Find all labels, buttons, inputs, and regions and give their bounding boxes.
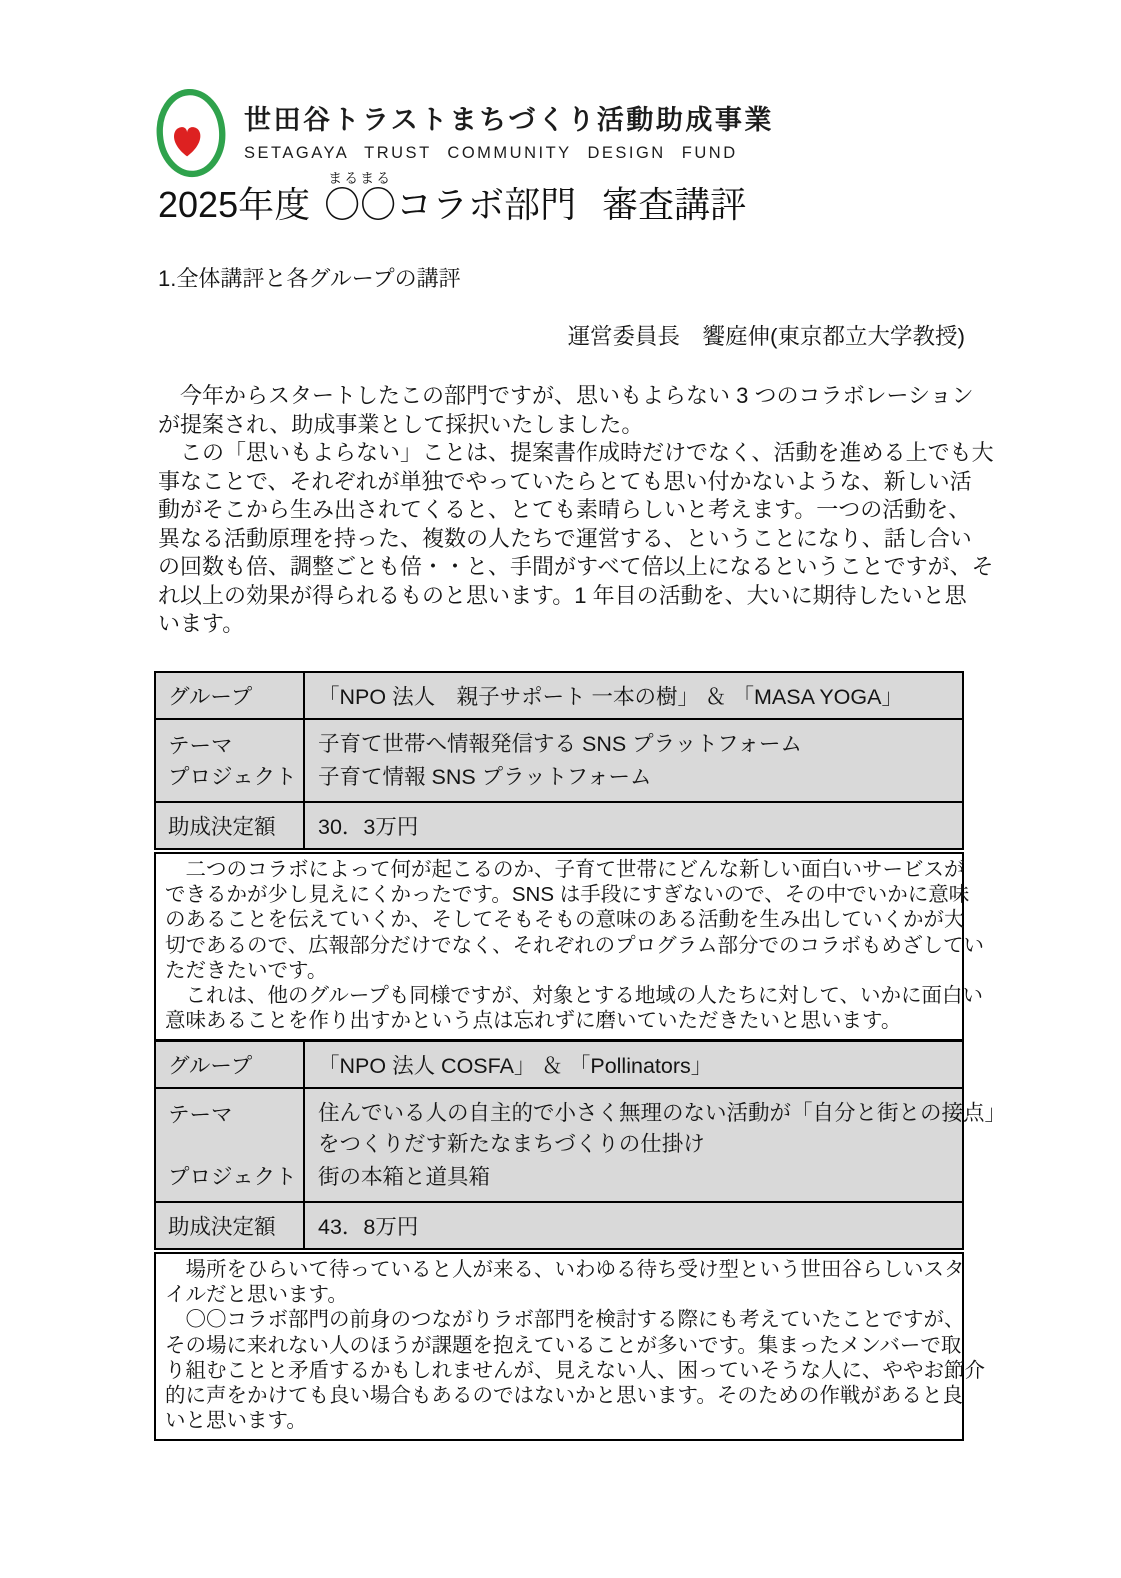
grant-amount-value: 30．3万円 (303, 803, 962, 848)
project-value: 街の本箱と道具箱 (318, 1160, 1006, 1191)
table-row-grant: 助成決定額 43．8万円 (156, 1201, 962, 1248)
group-2-section: グループ 「NPO 法人 COSFA」 ＆ 「Pollinators」 テーマ … (154, 1040, 964, 1441)
table-row-theme-project: テーマ プロジェクト 子育て世帯へ情報発信する SNS プラットフォーム 子育て… (156, 718, 962, 801)
row-label: テーマ (168, 1098, 297, 1129)
group-1-section: グループ 「NPO 法人 親子サポート 一本の樹」 ＆ 「MASA YOGA」 … (154, 671, 964, 1041)
text-line: をつくりだす新たなまちづくりの仕掛け (318, 1129, 1006, 1160)
row-label: 助成決定額 (156, 1203, 303, 1248)
brand-title-english: SETAGAYA TRUST COMMUNITY DESIGN FUND (244, 144, 774, 163)
project-value: 子育て情報 SNS プラットフォーム (318, 760, 954, 791)
row-value-stack: 子育て世帯へ情報発信する SNS プラットフォーム 子育て情報 SNS プラット… (303, 720, 962, 801)
title-suffix: 審査講評 (602, 184, 746, 225)
theme-value: 子育て世帯へ情報発信する SNS プラットフォーム (318, 729, 954, 760)
text-line: り組むことと矛盾するかもしれませんが、見えない人、困っていそうな人に、ややお節介 (165, 1358, 954, 1383)
theme-value: 住んでいる人の自主的で小さく無理のない活動が「自分と街との接点」 をつくりだす新… (318, 1098, 1006, 1160)
text-line: 事なことで、それぞれが単独でやっていたらとても思い付かないような、新しい活 (158, 468, 970, 497)
group-2-comment-box: 場所をひらいて待っていると人が来る、いわゆる待ち受け型という世田谷らしいスタ イ… (154, 1252, 964, 1441)
text-line: いと思います。 (165, 1408, 954, 1433)
group-1-table: グループ 「NPO 法人 親子サポート 一本の樹」 ＆ 「MASA YOGA」 … (154, 671, 964, 850)
row-label: テーマ (168, 729, 297, 760)
text-line: 異なる活動原理を持った、複数の人たちで運営する、ということになり、話し合い (158, 525, 970, 554)
row-label-stack: テーマ プロジェクト (156, 1089, 303, 1201)
text-line: イルだと思います。 (165, 1282, 954, 1307)
row-value-stack: 住んでいる人の自主的で小さく無理のない活動が「自分と街との接点」 をつくりだす新… (303, 1089, 1014, 1201)
text-line: 子育て世帯へ情報発信する SNS プラットフォーム (318, 729, 954, 760)
text-line: が提案され、助成事業として採択いたしました。 (158, 411, 970, 440)
text-line: 切であるので、広報部分だけでなく、それぞれのプログラム部分でのコラボもめざしてい (165, 933, 954, 958)
document-title: 2025年度〇〇まるまるコラボ部門審査講評 (158, 170, 746, 227)
byline-committee-chair: 運営委員長 饗庭伸(東京都立大学教授) (568, 319, 966, 351)
title-furigana: まるまる (324, 170, 396, 186)
row-label: グループ (156, 1042, 303, 1087)
row-label-stack: テーマ プロジェクト (156, 720, 303, 801)
brand-text: 世田谷トラストまちづくり活動助成事業 SETAGAYA TRUST COMMUN… (244, 86, 774, 163)
row-label: グループ (156, 673, 303, 718)
title-circles-ruby: 〇〇まるまる (324, 184, 396, 225)
text-line: 場所をひらいて待っていると人が来る、いわゆる待ち受け型という世田谷らしいスタ (165, 1257, 954, 1282)
text-line: この「思いもよらない」ことは、提案書作成時だけでなく、活動を進める上でも大 (158, 439, 970, 468)
text-line: その場に来れない人のほうが課題を抱えていることが多いです。集まったメンバーで取 (165, 1333, 954, 1358)
text-line: います。 (158, 610, 970, 639)
row-label: プロジェクト (168, 1160, 297, 1191)
title-year: 2025年度 (158, 184, 310, 225)
brand-header: 世田谷トラストまちづくり活動助成事業 SETAGAYA TRUST COMMUN… (152, 86, 774, 182)
overall-comment: 今年からスタートしたこの部門ですが、思いもよらない 3 つのコラボレーション が… (158, 382, 970, 639)
text-line: 意味あることを作り出すかという点は忘れずに磨いていただきたいと思います。 (165, 1008, 954, 1033)
text-line: できるかが少し見えにくかったです。SNS は手段にすぎないので、その中でいかに意… (165, 882, 954, 907)
section-heading: 1.全体講評と各グループの講評 (158, 262, 461, 293)
table-row-group: グループ 「NPO 法人 親子サポート 一本の樹」 ＆ 「MASA YOGA」 (156, 673, 962, 718)
grant-amount-value: 43．8万円 (303, 1203, 962, 1248)
text-line: の回数も倍、調整ごとも倍・・と、手間がすべて倍以上になるということですが、そ (158, 553, 970, 582)
table-row-theme-project: テーマ プロジェクト 住んでいる人の自主的で小さく無理のない活動が「自分と街との… (156, 1087, 962, 1201)
text-line: これは、他のグループも同様ですが、対象とする地域の人たちに対して、いかに面白い (165, 983, 954, 1008)
heart-in-circle-logo-icon (152, 86, 230, 182)
title-circles: 〇〇 (324, 184, 396, 225)
text-line: 的に声をかけても良い場合もあるのではないかと思います。そのための作戦があると良 (165, 1383, 954, 1408)
table-row-grant: 助成決定額 30．3万円 (156, 801, 962, 848)
title-middle: コラボ部門 (396, 184, 576, 225)
document-page: 世田谷トラストまちづくり活動助成事業 SETAGAYA TRUST COMMUN… (0, 0, 1121, 1578)
text-line: 住んでいる人の自主的で小さく無理のない活動が「自分と街との接点」 (318, 1098, 1006, 1129)
text-line: 今年からスタートしたこの部門ですが、思いもよらない 3 つのコラボレーション (158, 382, 970, 411)
text-line: のあることを伝えていくか、そしてそもそもの意味のある活動を生み出していくかが大 (165, 907, 954, 932)
group-1-comment-box: 二つのコラボによって何が起こるのか、子育て世帯にどんな新しい面白いサービスが で… (154, 852, 964, 1041)
brand-title-japanese: 世田谷トラストまちづくり活動助成事業 (244, 98, 774, 137)
text-line: 二つのコラボによって何が起こるのか、子育て世帯にどんな新しい面白いサービスが (165, 857, 954, 882)
row-label: プロジェクト (168, 760, 297, 791)
text-line: ただきたいです。 (165, 958, 954, 983)
group-name-value: 「NPO 法人 親子サポート 一本の樹」 ＆ 「MASA YOGA」 (303, 673, 962, 718)
group-2-table: グループ 「NPO 法人 COSFA」 ＆ 「Pollinators」 テーマ … (154, 1040, 964, 1250)
text-line: 〇〇コラボ部門の前身のつながりラボ部門を検討する際にも考えていたことですが、 (165, 1307, 954, 1332)
group-name-value: 「NPO 法人 COSFA」 ＆ 「Pollinators」 (303, 1042, 962, 1087)
table-row-group: グループ 「NPO 法人 COSFA」 ＆ 「Pollinators」 (156, 1042, 962, 1087)
row-label: 助成決定額 (156, 803, 303, 848)
text-line: れ以上の効果が得られるものと思います。1 年目の活動を、大いに期待したいと思 (158, 582, 970, 611)
text-line: 動がそこから生み出されてくると、とても素晴らしいと考えます。一つの活動を、 (158, 496, 970, 525)
